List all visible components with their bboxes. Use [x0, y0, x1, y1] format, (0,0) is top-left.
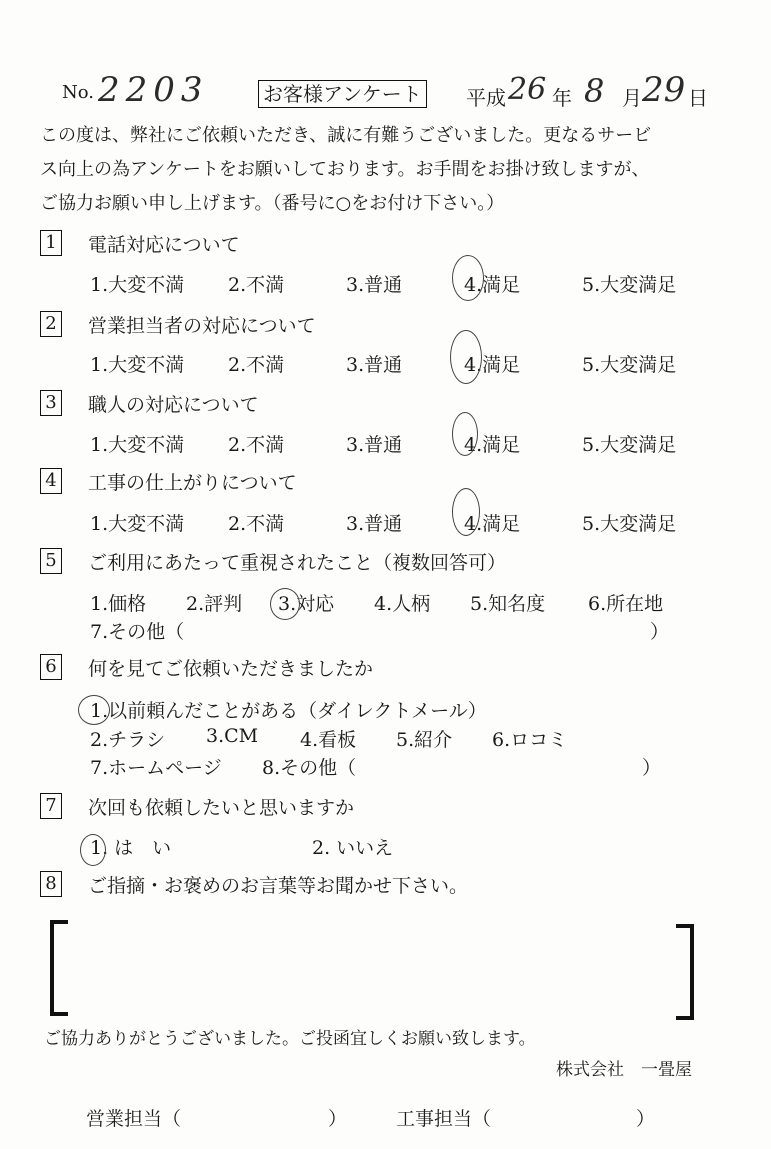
- q1-option-1[interactable]: 1.大変不満: [90, 270, 184, 297]
- q6-option-1[interactable]: 1.以前頼んだことがある（ダイレクトメール）: [90, 696, 487, 723]
- q4-option-5[interactable]: 5.大変満足: [582, 509, 676, 536]
- sales-rep-label: 営業担当（: [86, 1104, 181, 1131]
- intro-line-2: ス向上の為アンケートをお願いしております。お手間をお掛け致しますが、: [40, 153, 649, 187]
- q2-option-4[interactable]: 4.満足: [464, 350, 520, 377]
- date-month-value[interactable]: 8: [584, 72, 604, 110]
- form-title: お客様アンケート: [258, 80, 427, 108]
- date-year-value[interactable]: 26: [508, 72, 546, 107]
- q4-option-4[interactable]: 4.満足: [464, 509, 520, 536]
- q6-option-8-close: ）: [642, 753, 661, 780]
- q7-option-yes[interactable]: 1. は い: [90, 833, 171, 860]
- q3-option-2[interactable]: 2.不満: [228, 430, 284, 457]
- q3-option-5[interactable]: 5.大変満足: [582, 430, 676, 457]
- comment-area[interactable]: [72, 924, 672, 1008]
- q3-option-1[interactable]: 1.大変不満: [90, 430, 184, 457]
- date-day-value[interactable]: 29: [642, 70, 685, 110]
- question-text-6: 何を見てご依頼いただきましたか: [88, 654, 373, 681]
- q6-option-7[interactable]: 7.ホームページ: [90, 753, 222, 780]
- sales-rep-close: ）: [328, 1104, 347, 1131]
- survey-number-label: No.: [62, 82, 94, 103]
- q5-option-1[interactable]: 1.価格: [90, 589, 146, 616]
- date-era: 平成: [466, 82, 506, 111]
- question-text-4: 工事の仕上がりについて: [88, 468, 297, 495]
- question-text-7: 次回も依頼したいと思いますか: [88, 793, 354, 820]
- q6-option-6[interactable]: 6.ロコミ: [492, 725, 567, 752]
- q6-option-5[interactable]: 5.紹介: [396, 725, 452, 752]
- sales-rep-field[interactable]: [200, 1104, 320, 1130]
- q6-option-4[interactable]: 4.看板: [300, 725, 356, 752]
- q2-option-1[interactable]: 1.大変不満: [90, 350, 184, 377]
- question-number-8: 8: [40, 871, 62, 897]
- intro-line-3: ご協力お願い申し上げます。（番号に○をお付け下さい。）: [40, 187, 504, 221]
- q3-option-4[interactable]: 4.満足: [464, 430, 520, 457]
- q1-option-4[interactable]: 4.満足: [464, 270, 520, 297]
- comment-bracket-right: [676, 924, 694, 1020]
- question-text-8: ご指摘・お褒めのお言葉等お聞かせ下さい。: [88, 871, 468, 898]
- q1-option-3[interactable]: 3.普通: [346, 270, 402, 297]
- intro-line-1: この度は、弊社にご依頼いただき、誠に有難うございました。更なるサービ: [40, 119, 651, 153]
- question-text-1: 電話対応について: [88, 230, 240, 257]
- date-day-unit: 日: [688, 82, 708, 111]
- q3-option-3[interactable]: 3.普通: [346, 430, 402, 457]
- question-text-5: ご利用にあたって重視されたこと（複数回答可）: [88, 548, 506, 575]
- q2-option-5[interactable]: 5.大変満足: [582, 350, 676, 377]
- q2-option-2[interactable]: 2.不満: [228, 350, 284, 377]
- question-number-5: 5: [40, 548, 62, 574]
- thanks-message: ご協力ありがとうございました。ご投函宜しくお願い致します。: [44, 1024, 536, 1049]
- q6-option-3[interactable]: 3.CM: [206, 725, 258, 747]
- construction-rep-field[interactable]: [512, 1104, 632, 1130]
- q6-option-8-other[interactable]: 8.その他（: [262, 753, 356, 780]
- construction-rep-label: 工事担当（: [396, 1104, 491, 1131]
- q4-option-1[interactable]: 1.大変不満: [90, 509, 184, 536]
- date-year-unit: 年: [552, 82, 572, 111]
- q1-option-2[interactable]: 2.不満: [228, 270, 284, 297]
- q7-option-no[interactable]: 2. いいえ: [312, 833, 393, 860]
- question-number-1: 1: [40, 230, 62, 256]
- question-number-7: 7: [40, 793, 62, 819]
- comment-bracket-left: [50, 920, 68, 1016]
- construction-rep-close: ）: [636, 1104, 655, 1131]
- q2-option-3[interactable]: 3.普通: [346, 350, 402, 377]
- question-number-6: 6: [40, 654, 62, 680]
- q5-option-3[interactable]: 3.対応: [278, 589, 334, 616]
- company-name: 株式会社 一畳屋: [556, 1055, 692, 1080]
- date-month-unit: 月: [622, 82, 642, 111]
- q5-option-7-close: ）: [650, 617, 669, 644]
- q5-option-2[interactable]: 2.評判: [186, 589, 242, 616]
- q4-option-3[interactable]: 3.普通: [346, 509, 402, 536]
- q4-option-2[interactable]: 2.不満: [228, 509, 284, 536]
- survey-number-value[interactable]: 2203: [98, 70, 209, 110]
- q5-option-5[interactable]: 5.知名度: [470, 589, 545, 616]
- question-text-2: 営業担当者の対応について: [88, 311, 316, 338]
- question-number-2: 2: [40, 311, 62, 337]
- q6-option-2[interactable]: 2.チラシ: [90, 725, 165, 752]
- question-number-3: 3: [40, 390, 62, 416]
- question-number-4: 4: [40, 468, 62, 494]
- q5-option-6[interactable]: 6.所在地: [588, 589, 663, 616]
- question-text-3: 職人の対応について: [88, 390, 259, 417]
- q5-option-4[interactable]: 4.人柄: [374, 589, 430, 616]
- q1-option-5[interactable]: 5.大変満足: [582, 270, 676, 297]
- q5-option-7-other[interactable]: 7.その他（: [90, 617, 184, 644]
